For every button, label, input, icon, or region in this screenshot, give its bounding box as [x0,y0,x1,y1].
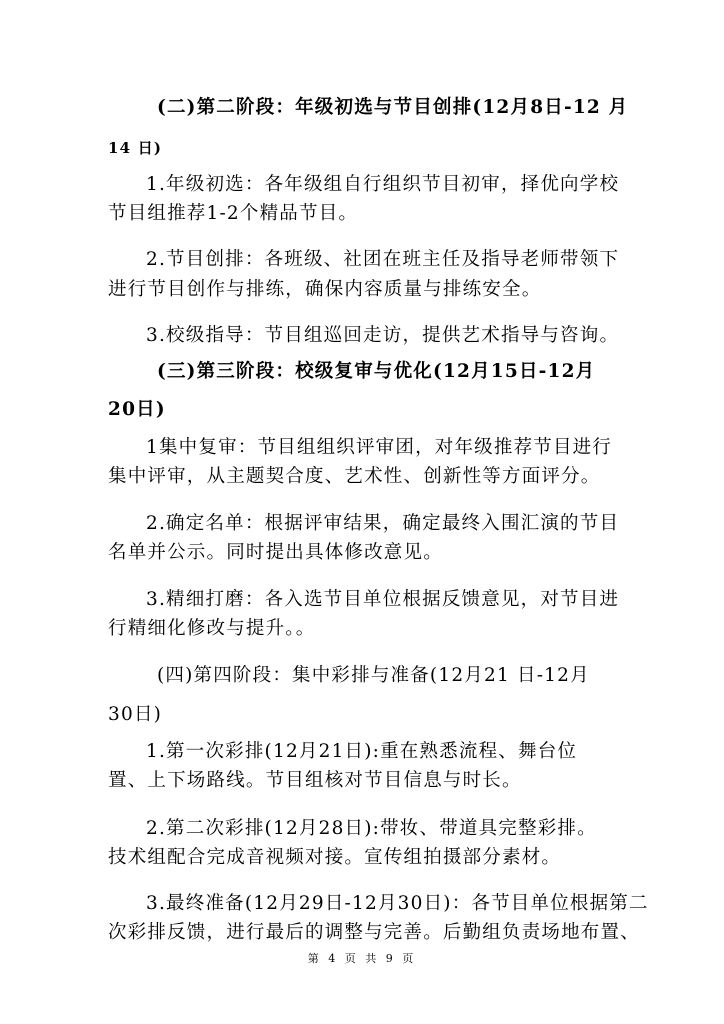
paragraph-line: 3.校级指导：节目组巡回走访，提供艺术指导与咨询。 [146,324,619,348]
section-heading-stage-4: (四)第四阶段：集中彩排与准备(12月21 日-12月 [157,664,590,688]
paragraph-line: 2.第二次彩排(12月28日):带妆、带道具完整彩排。 [146,817,597,841]
paragraph-line: 2.节目创排：各班级、社团在班主任及指导老师带领下 [146,248,619,272]
paragraph-line: 1集中复审：节目组组织评审团，对年级推荐节目进行 [146,436,612,460]
section-heading-stage-4-cont: 30日) [108,703,162,727]
paragraph-line: 置、上下场路线。节目组核对节目信息与时长。 [108,769,522,793]
paragraph-line: 3.最终准备(12月29日-12月30日)：各节目单位根据第二 [146,892,649,916]
paragraph-line: 1.年级初选：各年级组自行组织节目初审，择优向学校 [146,173,619,197]
paragraph-line: 节目组推荐1-2个精品节目。 [108,202,358,226]
section-heading-stage-2: (二)第二阶段：年级初选与节目创排(12月8日-12 月 [157,96,628,120]
paragraph-line: 3.精细打磨：各入选节目单位根据反馈意见，对节目进 [146,588,619,612]
section-heading-stage-3: (三)第三阶段：校级复审与优化(12月15日-12月 [157,360,595,384]
paragraph-line: 集中评审，从主题契合度、艺术性、创新性等方面评分。 [108,465,601,489]
paragraph-line: 行精细化修改与提升。。 [108,617,315,641]
page-number-footer: 第 4 页 共 9 页 [0,950,724,966]
section-heading-stage-2-cont: 14 日) [108,136,162,160]
paragraph-line: 技术组配合完成音视频对接。宣传组拍摄部分素材。 [108,846,561,870]
paragraph-line: 1.第一次彩排(12月21日):重在熟悉流程、舞台位 [146,740,577,764]
paragraph-line: 进行节目创作与排练，确保内容质量与排练安全。 [108,278,541,302]
paragraph-line: 次彩排反馈，进行最后的调整与完善。后勤组负责场地布置、 [108,921,640,945]
paragraph-line: 2.确定名单：根据评审结果，确定最终入围汇演的节目 [146,512,619,536]
section-heading-stage-3-cont: 20日) [108,398,166,422]
paragraph-line: 名单并公示。同时提出具体修改意见。 [108,541,443,565]
